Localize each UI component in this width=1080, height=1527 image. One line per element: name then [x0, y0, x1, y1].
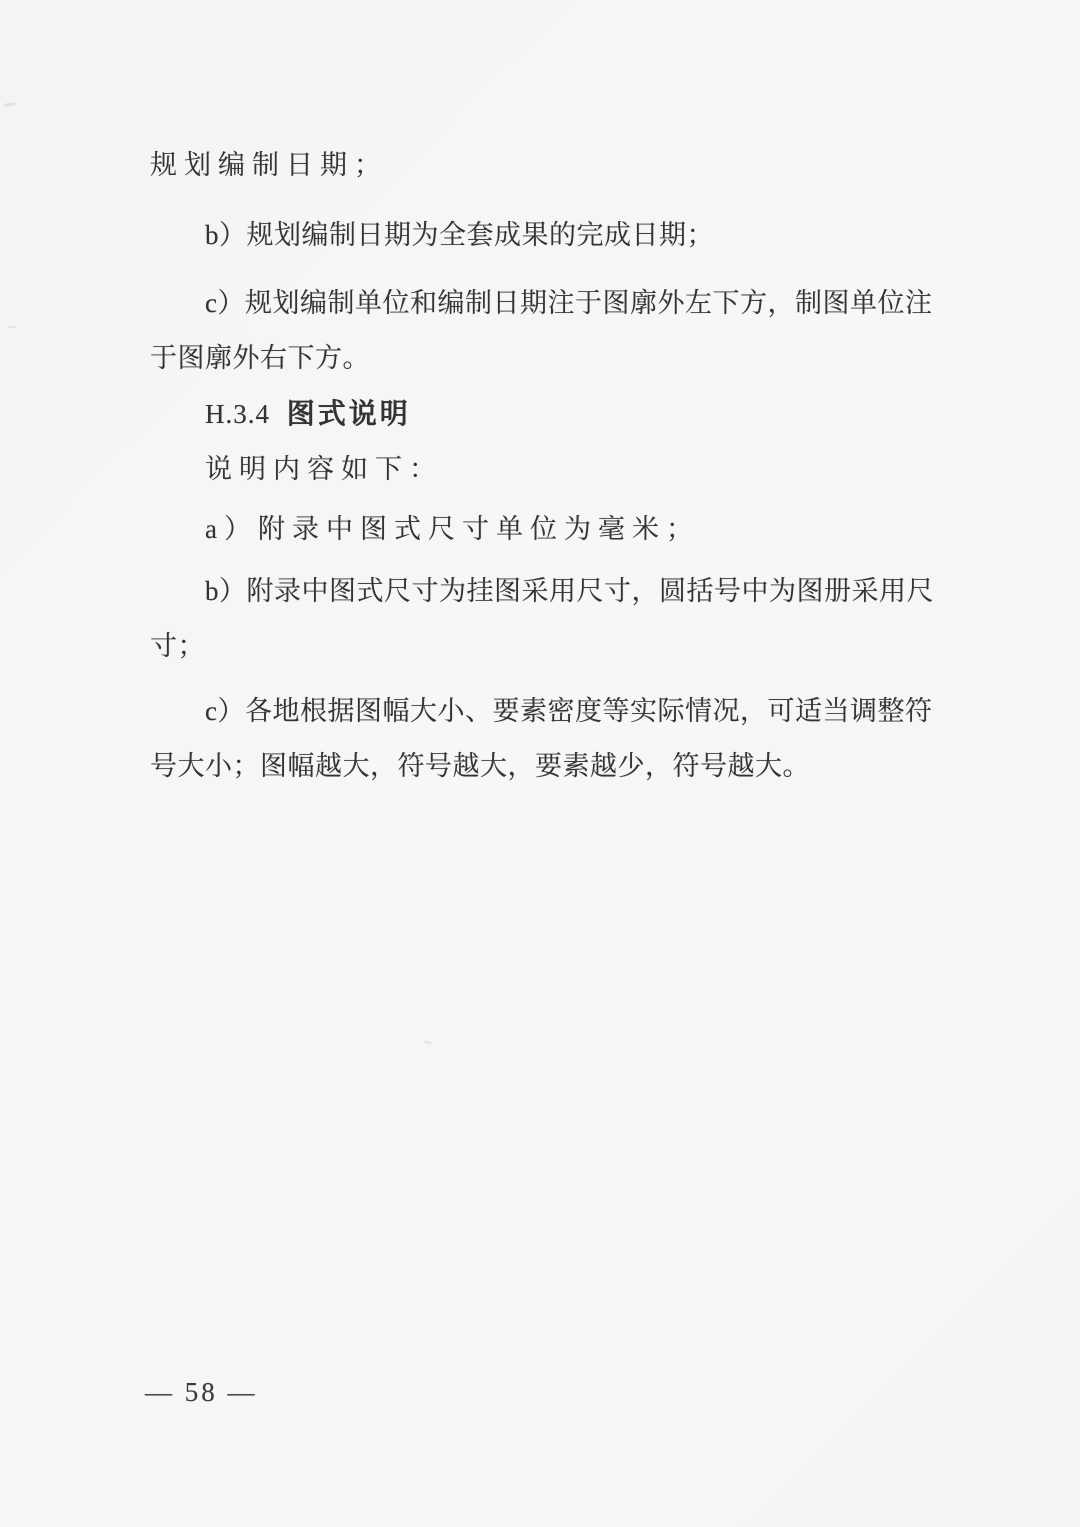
- scan-smudge-icon: [7, 326, 16, 328]
- list-item-b-completion-date: b）规划编制日期为全套成果的完成日期；: [150, 208, 950, 263]
- continuation-line-planning-date: 规划编制日期；: [150, 138, 950, 193]
- section-heading-number: H.3.4: [205, 399, 270, 429]
- section-heading: H.3.4 图式说明: [150, 386, 950, 442]
- intro-line-description: 说明内容如下：: [150, 442, 950, 497]
- list-item-c-annotation-line-1: c）规划编制单位和编制日期注于图廓外左下方，制图单位注: [150, 276, 950, 331]
- list-item-c-adjust-line-2: 号大小；图幅越大，符号越大，要素越少，符号越大。: [150, 739, 950, 794]
- scan-speck-icon: [424, 1040, 432, 1045]
- scan-smudge-icon: [4, 102, 16, 107]
- document-text-block: 规划编制日期； b）规划编制日期为全套成果的完成日期； c）规划编制单位和编制日…: [150, 138, 950, 794]
- list-item-b-size-line-1: b）附录中图式尺寸为挂图采用尺寸，圆括号中为图册采用尺: [150, 564, 950, 619]
- section-heading-title: 图式说明: [287, 398, 411, 429]
- scanned-document-page: 规划编制日期； b）规划编制日期为全套成果的完成日期； c）规划编制单位和编制日…: [0, 0, 1080, 1527]
- list-item-b-size-line-2: 寸；: [150, 619, 950, 674]
- page-number: — 58 —: [145, 1376, 258, 1408]
- list-item-c-annotation-line-2: 于图廓外右下方。: [150, 331, 950, 386]
- list-item-a-unit-mm: a）附录中图式尺寸单位为毫米；: [150, 502, 950, 557]
- list-item-c-adjust-line-1: c）各地根据图幅大小、要素密度等实际情况，可适当调整符: [150, 684, 950, 739]
